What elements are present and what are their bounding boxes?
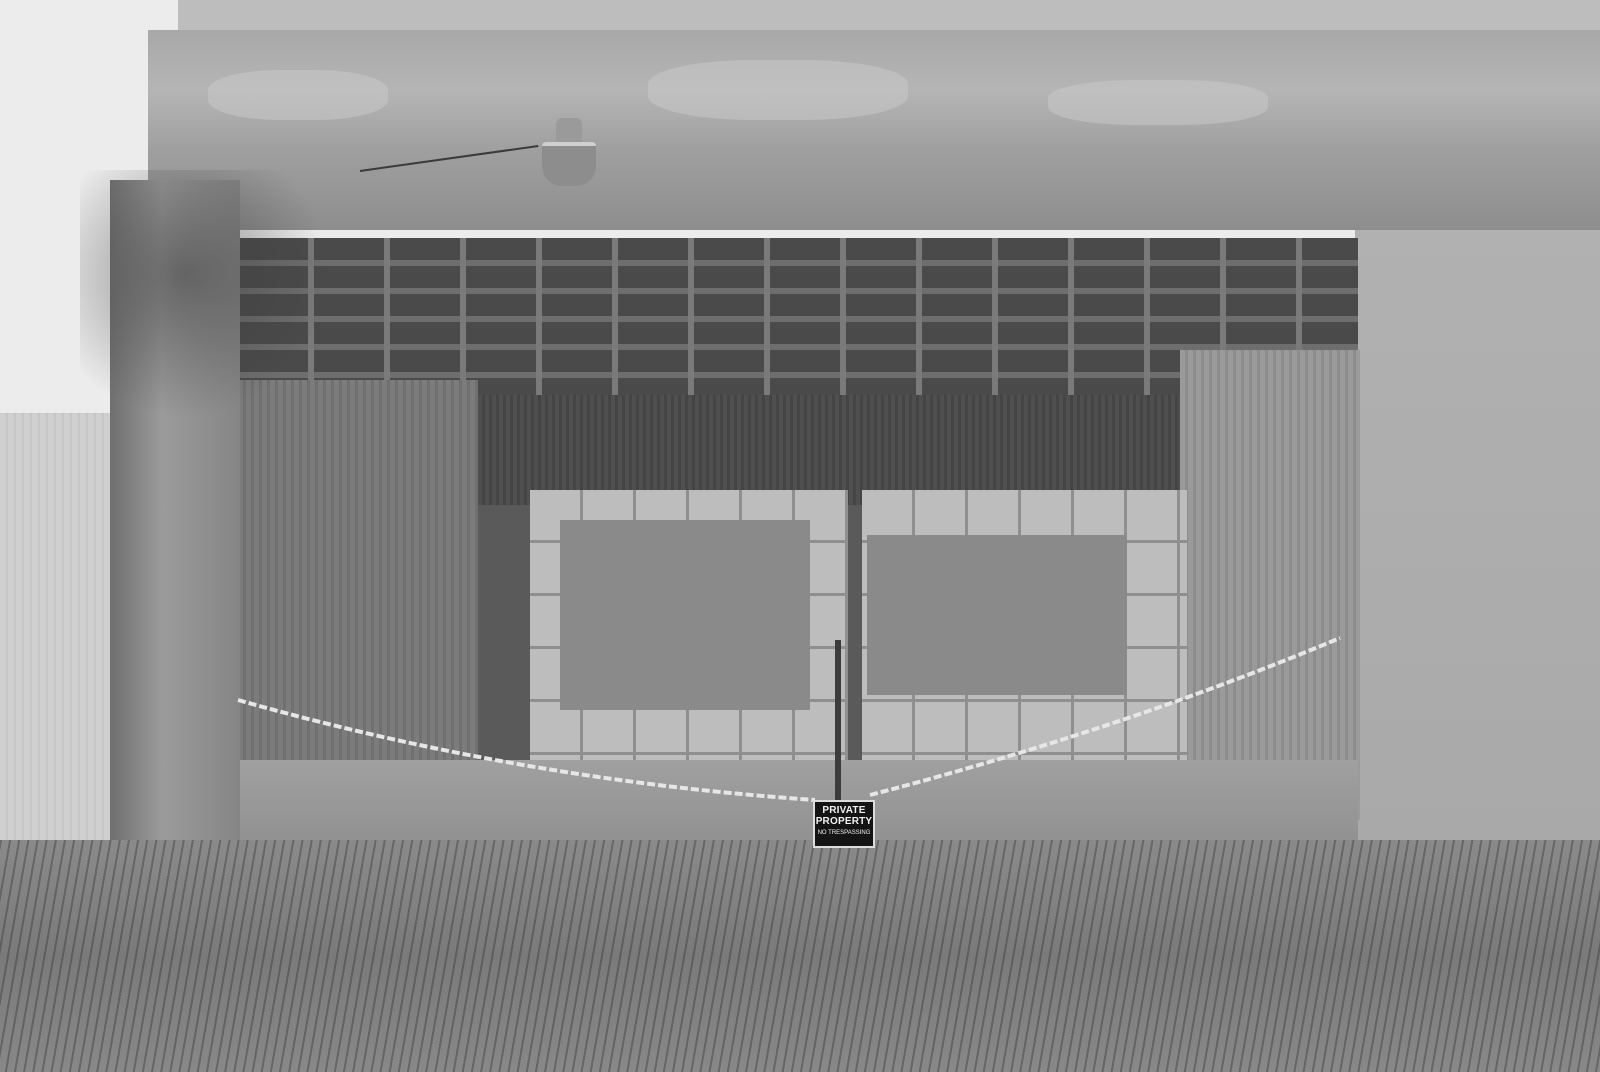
sign-line-3: NO TRESPASSING: [815, 829, 873, 838]
chain-barrier: [0, 0, 1600, 1072]
sign-line-1: PRIVATE: [815, 805, 873, 816]
sign-line-2: PROPERTY: [815, 816, 873, 827]
private-property-sign: PRIVATE PROPERTY NO TRESPASSING: [813, 800, 875, 848]
garage-photo: PRIVATE PROPERTY NO TRESPASSING: [0, 0, 1600, 1072]
